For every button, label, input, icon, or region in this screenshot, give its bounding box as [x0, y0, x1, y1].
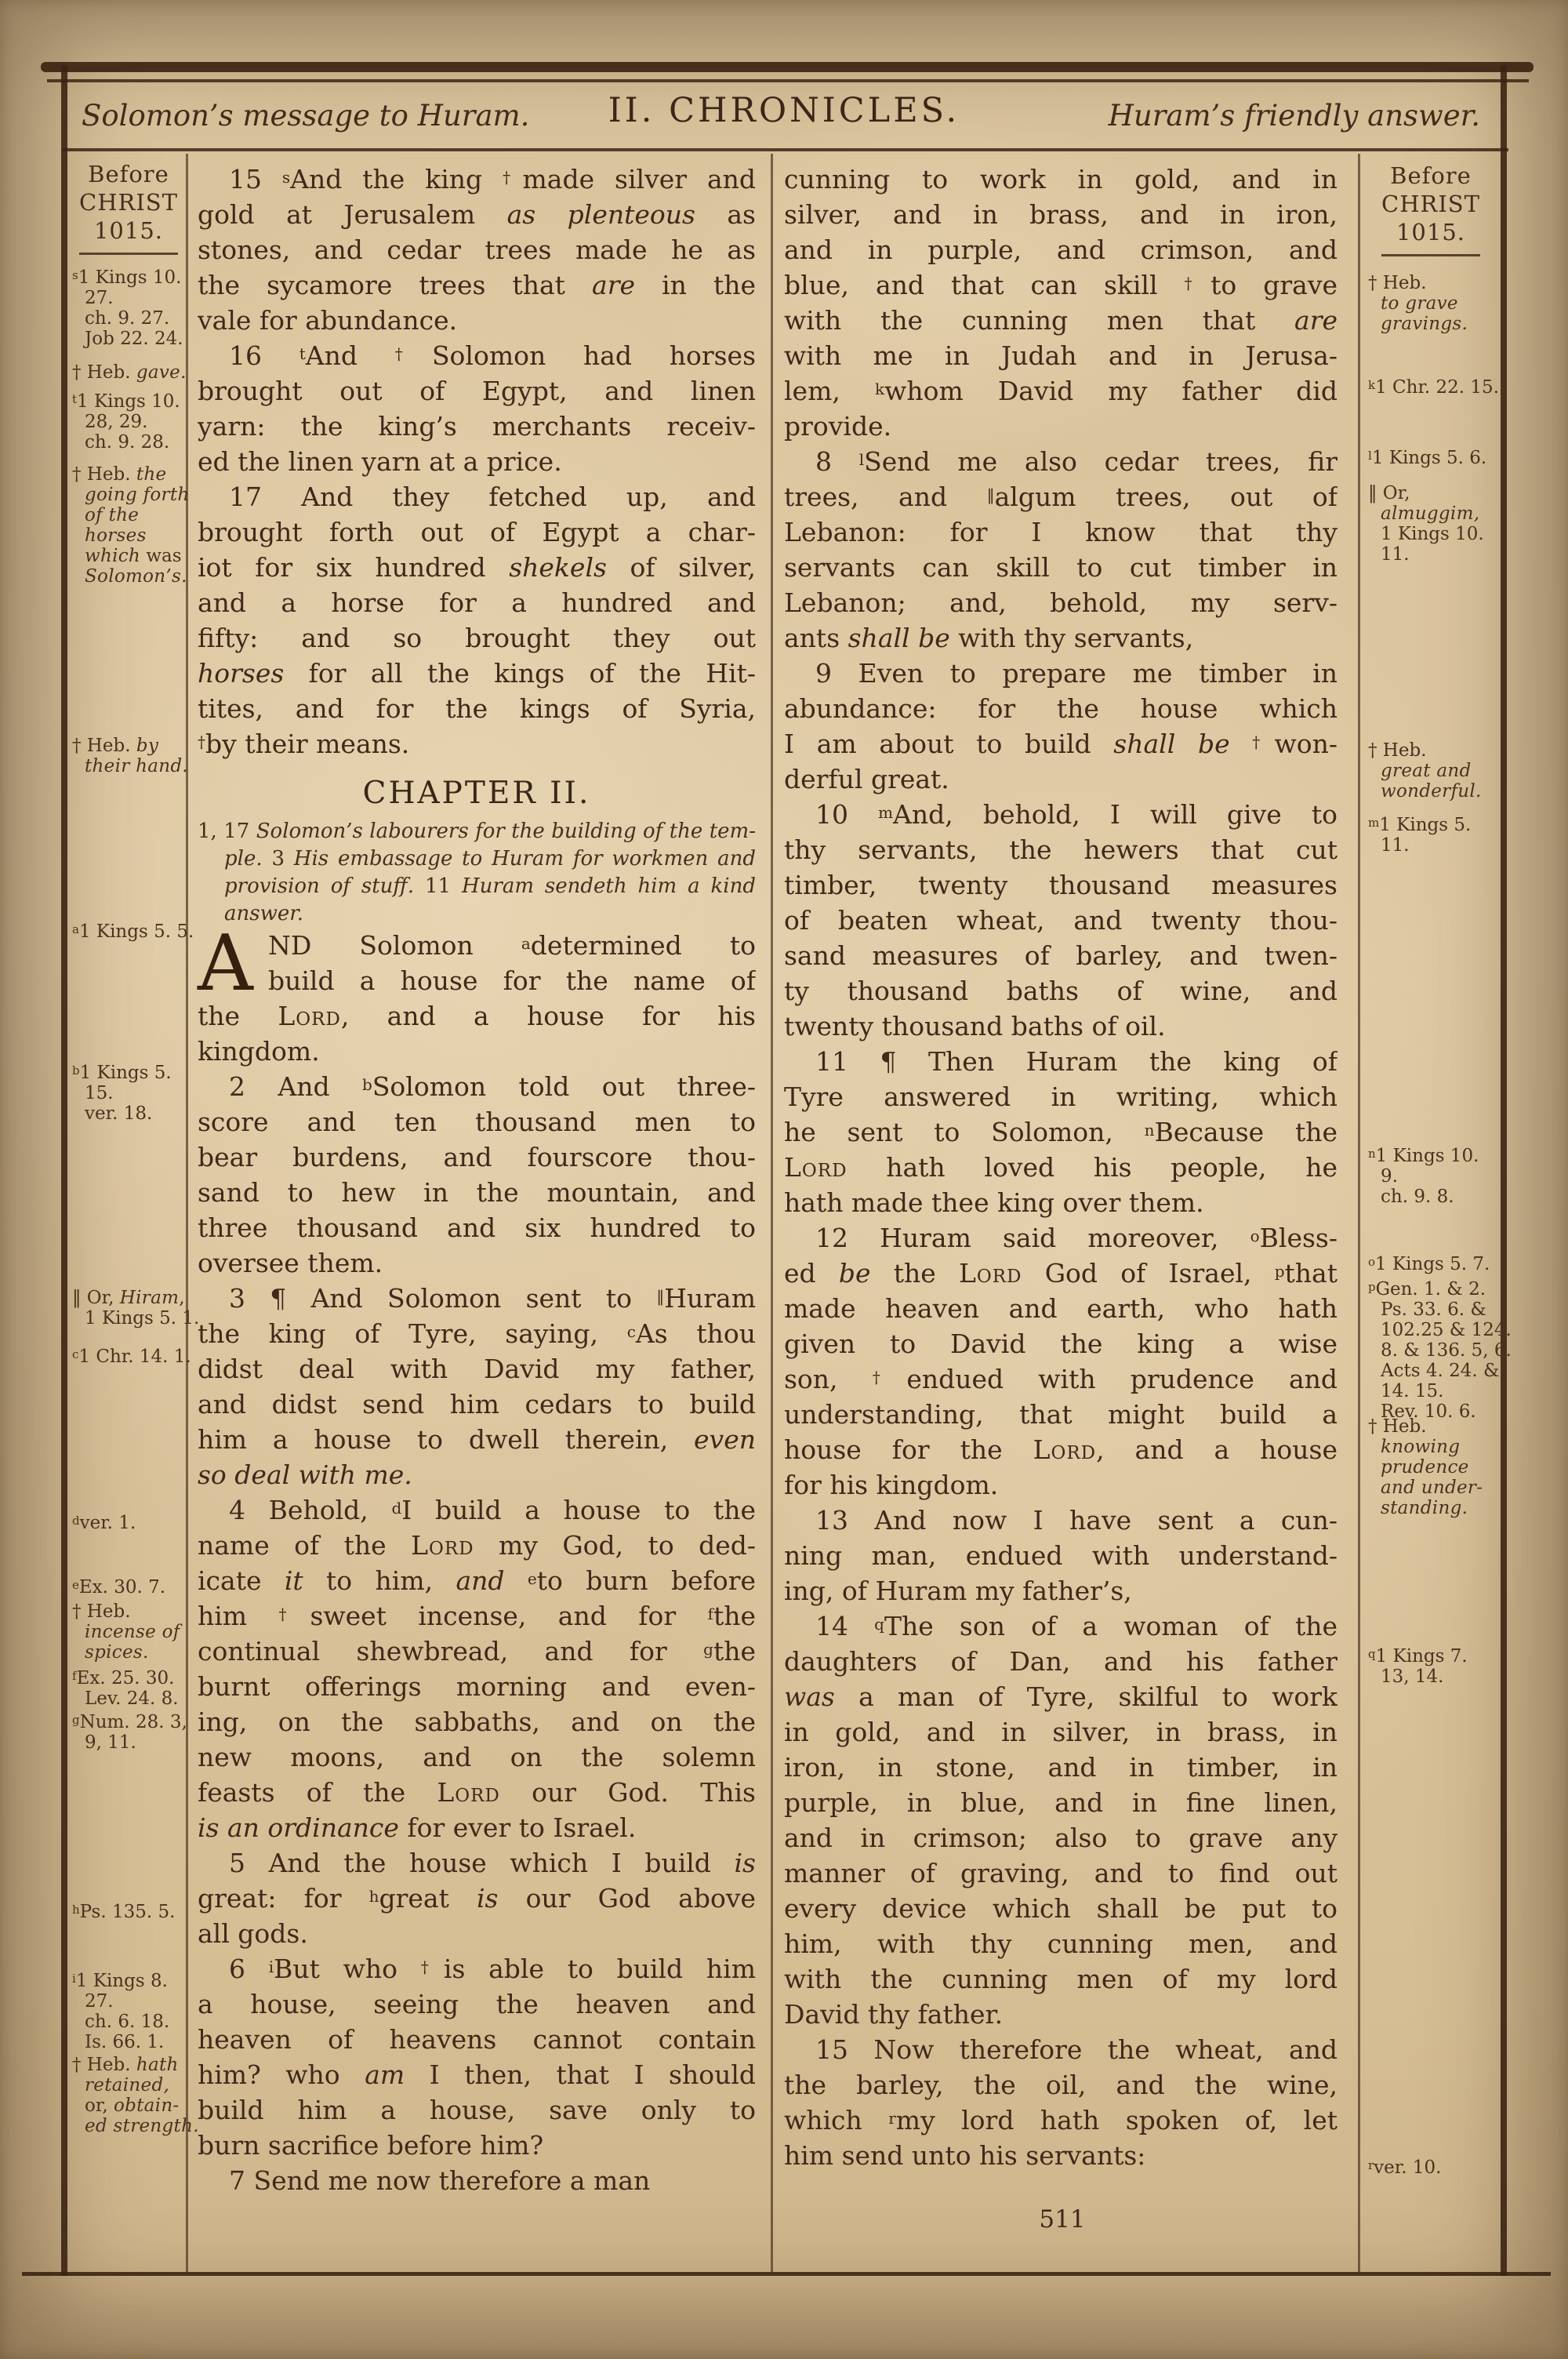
verse-line: 11 ¶ Then Huram the king of: [784, 1044, 1338, 1079]
verse-line: is an ordinance for ever to Israel.: [198, 1810, 756, 1845]
verse-line: for his kingdom.: [784, 1467, 1338, 1503]
verse-line: 12 Huram said moreover, oBless-: [784, 1220, 1338, 1256]
verse-line: sand to hew in the mountain, and: [198, 1175, 756, 1210]
chapter-summary-line: 1, 17 Solomon’s labourers for the buildi…: [198, 818, 756, 845]
margin-note: † Heb.to gravegravings.: [1368, 273, 1512, 334]
right-border-rule: [1501, 66, 1507, 2276]
margin-note: dver. 1.: [72, 1510, 202, 1533]
margin-note: eEx. 30. 7.: [72, 1575, 202, 1598]
verse-line: 17 And they fetched up, and: [198, 479, 756, 514]
verse-line: 9 Even to prepare me timber in: [784, 656, 1338, 691]
margin-note: † Heb.knowingprudenceand under-standing.: [1368, 1416, 1512, 1518]
verse-line: Lord hath loved his people, he: [784, 1150, 1338, 1185]
verse-line: of beaten wheat, and twenty thou-: [784, 903, 1338, 938]
before-christ-date-left: BeforeCHRIST1015.: [71, 160, 187, 255]
verse-line: him? who am I then, that I should: [198, 2057, 756, 2092]
verse-line: 15 sAnd the king †made silver and: [198, 162, 756, 197]
margin-note: n1 Kings 10.9.ch. 9. 8.: [1368, 1143, 1512, 1207]
verse-line: provide.: [784, 409, 1338, 444]
verse-line: icate it to him, and eto burn before: [198, 1563, 756, 1598]
verse-line: great: for hgreat is our God above: [198, 1881, 756, 1916]
margin-note: ‖ Or,almuggim,1 Kings 10.11.: [1368, 483, 1512, 565]
margin-note: pGen. 1. & 2.Ps. 33. 6. &102.25 & 124.8.…: [1368, 1277, 1512, 1422]
verse-line: yarn: the king’s merchants receiv-: [198, 409, 756, 444]
verse-line: sand measures of barley, and twen-: [784, 938, 1338, 973]
bottom-rule: [22, 2272, 1551, 2276]
verse-line: he sent to Solomon, nBecause the: [784, 1114, 1338, 1150]
verse-line: thy servants, the hewers that cut: [784, 832, 1338, 867]
verse-line: the Lord, and a house for his: [198, 998, 756, 1034]
verse-line: was a man of Tyre, skilful to work: [784, 1679, 1338, 1714]
verse-line: 5 And the house which I build is: [198, 1845, 756, 1881]
verse-line: score and ten thousand men to: [198, 1104, 756, 1140]
verse-line: iron, in stone, and in timber, in: [784, 1750, 1338, 1785]
verse-line: him, with thy cunning men, and: [784, 1926, 1338, 1961]
verse-line: hath made thee king over them.: [784, 1185, 1338, 1220]
margin-note: q1 Kings 7.13, 14.: [1368, 1644, 1512, 1687]
text-column-1: 15 sAnd the king †made silver andgold at…: [198, 162, 756, 2198]
verse-line: stones, and cedar trees made he as: [198, 232, 756, 267]
verse-line: trees, and ‖algum trees, out of: [784, 479, 1338, 514]
verse-line: ty thousand baths of wine, and: [784, 973, 1338, 1009]
verse-line: and in crimson; also to grave any: [784, 1820, 1338, 1856]
verse-line: three thousand and six hundred to: [198, 1210, 756, 1245]
margin-note: † Heb. thegoing forthof the horseswhich …: [72, 464, 202, 587]
verse-line: made heaven and earth, who hath: [784, 1291, 1338, 1326]
verse-line: and a horse for a hundred and: [198, 585, 756, 620]
verse-line: build a house for the name of: [198, 963, 756, 998]
verse-line: cunning to work in gold, and in: [784, 162, 1338, 197]
verse-line: 2 And bSolomon told out three-: [198, 1069, 756, 1104]
verse-line: understanding, that might build a: [784, 1397, 1338, 1432]
verse-line: tites, and for the kings of Syria,: [198, 691, 756, 726]
verse-line: 8 lSend me also cedar trees, fir: [784, 444, 1338, 479]
verse-line: timber, twenty thousand measures: [784, 867, 1338, 903]
top-border-heavy-rule: [41, 62, 1534, 72]
margin-note: c1 Chr. 14. 1.: [72, 1344, 202, 1367]
margin-note: hPs. 135. 5.: [72, 1899, 202, 1922]
scanned-bible-page: Solomon’s message to Huram. II. CHRONICL…: [0, 0, 1568, 2359]
column-divider-left: [186, 154, 188, 2273]
verse-line: him send unto his servants:: [784, 2138, 1338, 2173]
verse-line: and in purple, and crimson, and: [784, 232, 1338, 267]
margin-note: k1 Chr. 22. 15.: [1368, 375, 1512, 398]
verse-line: Lebanon; and, behold, my serv-: [784, 585, 1338, 620]
verse-line: 16 tAnd †Solomon had horses: [198, 338, 756, 373]
margin-note: † Heb. hathretained,or, obtain-ed streng…: [72, 2055, 202, 2136]
verse-line: with the cunning men that are: [784, 303, 1338, 338]
verse-line: oversee them.: [198, 1245, 756, 1281]
verse-line: bear burdens, and fourscore thou-: [198, 1140, 756, 1175]
margin-note: m1 Kings 5.11.: [1368, 812, 1512, 856]
verse-line: brought out of Egypt, and linen: [198, 373, 756, 409]
verse-line: which rmy lord hath spoken of, let: [784, 2103, 1338, 2138]
margin-note: gNum. 28. 3,9, 11.: [72, 1710, 202, 1753]
verse-line: continual shewbread, and for gthe: [198, 1634, 756, 1669]
verse-line: build him a house, save only to: [198, 2092, 756, 2128]
verse-line: 7 Send me now therefore a man: [198, 2163, 756, 2198]
verse-line: every device which shall be put to: [784, 1891, 1338, 1926]
verse-line: ants shall be with thy servants,: [784, 620, 1338, 656]
verse-line: 10 mAnd, behold, I will give to: [784, 797, 1338, 832]
verse-line: manner of graving, and to find out: [784, 1856, 1338, 1891]
verse-line: purple, in blue, and in fine linen,: [784, 1785, 1338, 1820]
verse-line: horses for all the kings of the Hit-: [198, 656, 756, 691]
chapter-summary-line: answer.: [198, 900, 756, 928]
margin-note: o1 Kings 5. 7.: [1368, 1252, 1512, 1274]
verse-line: ND Solomon adetermined to: [198, 928, 756, 963]
verse-line: heaven of heavens cannot contain: [198, 2022, 756, 2057]
margin-note: i1 Kings 8.27.ch. 6. 18.Is. 66. 1.: [72, 1968, 202, 2052]
verse-line: abundance: for the house which: [784, 691, 1338, 726]
verse-line: servants can skill to cut timber in: [784, 550, 1338, 585]
date-underline: [1381, 254, 1480, 256]
verse-line: twenty thousand baths of oil.: [784, 1009, 1338, 1044]
margin-note: b1 Kings 5.15.ver. 18.: [72, 1060, 202, 1124]
margin-note: t1 Kings 10.28, 29.ch. 9. 28.: [72, 389, 202, 453]
verse-line: derful great.: [784, 761, 1338, 797]
verse-line: feasts of the Lord our God. This: [198, 1775, 756, 1810]
verse-line: David thy father.: [784, 1997, 1338, 2032]
verse-line: iot for six hundred shekels of silver,: [198, 550, 756, 585]
verse-line: 14 qThe son of a woman of the: [784, 1608, 1338, 1644]
margin-note: fEx. 25. 30.Lev. 24. 8.: [72, 1666, 202, 1709]
verse-line: a house, seeing the heaven and: [198, 1986, 756, 2022]
verse-line: the king of Tyre, saying, cAs thou: [198, 1316, 756, 1351]
chapter-summary-line: ple. 3 His embassage to Huram for workme…: [198, 845, 756, 873]
top-border-thin-rule: [47, 79, 1529, 82]
verse-line: blue, and that can skill †to grave: [784, 267, 1338, 303]
verse-line: him †sweet incense, and for fthe: [198, 1598, 756, 1634]
verse-line: ing, of Huram my father’s,: [784, 1573, 1338, 1608]
margin-note: a1 Kings 5. 5.: [72, 919, 202, 942]
verse-line: 4 Behold, dI build a house to the: [198, 1492, 756, 1528]
verse-line: burn sacrifice before him?: [198, 2128, 756, 2163]
verse-line: 6 iBut who †is able to build him: [198, 1951, 756, 1986]
verse-line: ning man, endued with understand-: [784, 1538, 1338, 1573]
margin-note: ‖ Or, Hiram,1 Kings 5. 1.: [72, 1288, 202, 1329]
running-head-right: Huram’s friendly answer.: [1109, 93, 1480, 140]
verse-line: ed the linen yarn at a price.: [198, 444, 756, 479]
verse-line: I am about to build shall be †won-: [784, 726, 1338, 761]
verse-line: vale for abundance.: [198, 303, 756, 338]
margin-note: l1 Kings 5. 6.: [1368, 445, 1512, 468]
date-underline: [79, 253, 178, 255]
drop-cap: A: [198, 928, 253, 1000]
verse-line: son, †endued with prudence and: [784, 1361, 1338, 1397]
verse-line: name of the Lord my God, to ded-: [198, 1528, 756, 1563]
verse-line: 15 Now therefore the wheat, and: [784, 2032, 1338, 2067]
verse-line: all gods.: [198, 1916, 756, 1951]
verse-line: new moons, and on the solemn: [198, 1739, 756, 1775]
verse-line: in gold, and in silver, in brass, in: [784, 1714, 1338, 1750]
verse-line: ing, on the sabbaths, and on the: [198, 1704, 756, 1739]
verse-line: †by their means.: [198, 726, 756, 761]
verse-line: 3 ¶ And Solomon sent to ‖Huram: [198, 1281, 756, 1316]
verse-line: and didst send him cedars to build: [198, 1387, 756, 1422]
chapter-summary-line: provision of stuff. 11 Huram sendeth him…: [198, 873, 756, 900]
margin-note: † Heb.incense ofspices.: [72, 1601, 202, 1663]
column-divider-right: [1358, 154, 1360, 2273]
verse-line: with me in Judah and in Jerusa-: [784, 338, 1338, 373]
verse-line: Lebanon: for I know that thy: [784, 514, 1338, 550]
chapter-heading: CHAPTER II.: [198, 761, 756, 818]
verse-line: silver, and in brass, and in iron,: [784, 197, 1338, 232]
verse-line: house for the Lord, and a house: [784, 1432, 1338, 1467]
verse-line: with the cunning men of my lord: [784, 1961, 1338, 1997]
margin-note: s1 Kings 10.27.ch. 9. 27.Job 22. 24.: [72, 265, 202, 349]
verse-line: daughters of Dan, and his father: [784, 1644, 1338, 1679]
left-border-rule: [61, 66, 67, 2276]
verse-line: so deal with me.: [198, 1457, 756, 1492]
header-rule: [63, 148, 1508, 151]
verse-line: brought forth out of Egypt a char-: [198, 514, 756, 550]
margin-note: † Heb. bytheir hand.: [72, 736, 202, 776]
verse-line: burnt offerings morning and even-: [198, 1669, 756, 1704]
text-column-2: cunning to work in gold, and insilver, a…: [784, 162, 1338, 2173]
verse-line: the sycamore trees that are in the: [198, 267, 756, 303]
verse-line: given to David the king a wise: [784, 1326, 1338, 1361]
before-christ-date-right: BeforeCHRIST1015.: [1367, 162, 1495, 256]
margin-note: † Heb.great andwonderful.: [1368, 740, 1512, 801]
column-divider-center: [771, 154, 773, 2273]
verse-line: the barley, the oil, and the wine,: [784, 2067, 1338, 2103]
margin-note: † Heb. gave.: [72, 362, 202, 383]
verse-line: Tyre answered in writing, which: [784, 1079, 1338, 1114]
verse-line: lem, kwhom David my father did: [784, 373, 1338, 409]
verse-line: gold at Jerusalem as plenteous as: [198, 197, 756, 232]
page-number: 511: [1004, 2205, 1121, 2234]
verse-line: kingdom.: [198, 1034, 756, 1069]
verse-line: 13 And now I have sent a cun-: [784, 1503, 1338, 1538]
verse-line: ed be the Lord God of Israel, pthat: [784, 1256, 1338, 1291]
verse-line: fifty: and so brought they out: [198, 620, 756, 656]
verse-line: him a house to dwell therein, even: [198, 1422, 756, 1457]
margin-note: rver. 10.: [1368, 2155, 1512, 2178]
verse-line: didst deal with David my father,: [198, 1351, 756, 1387]
